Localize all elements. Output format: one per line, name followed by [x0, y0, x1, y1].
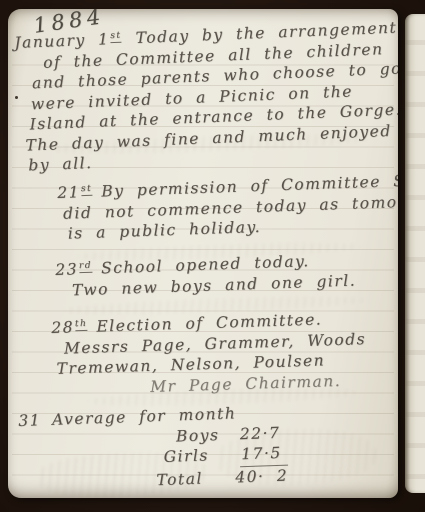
entry-28th: 28thElection of Committee. Messrs Page, … — [51, 308, 368, 400]
ordinal-suffix: st — [110, 31, 122, 43]
next-page-edge — [405, 14, 425, 493]
stat-value: 17·5 — [239, 443, 288, 467]
entry-date: 28th — [51, 318, 88, 337]
entry-31-averages: 31Average for month Boys 22·7 Girls 17·5… — [18, 402, 289, 495]
entry-january-1: January 1stToday by the arrangement of t… — [14, 18, 398, 177]
stat-label: Total — [156, 469, 203, 489]
logbook-photo: 1884 January 1stToday by the arrangement… — [0, 0, 425, 512]
next-page-texture — [405, 14, 425, 493]
ordinal-suffix: rd — [79, 261, 92, 273]
entry-date: 21st — [57, 183, 93, 202]
logbook-page: 1884 January 1stToday by the arrangement… — [8, 9, 398, 498]
entry-23rd: 23rdSchool opened today. Two new boys an… — [55, 250, 356, 301]
entry-date: 23rd — [55, 260, 92, 279]
ordinal-suffix: th — [75, 319, 88, 331]
stat-label: Boys — [176, 425, 220, 445]
stat-value: 40· 2 — [235, 465, 289, 487]
entry-date: January 1st — [14, 30, 122, 52]
entry-21st: 21stBy permission of Committee School di… — [57, 169, 398, 244]
stat-value: 22·7 — [239, 422, 280, 444]
stat-label: Girls — [163, 446, 209, 466]
ordinal-suffix: st — [81, 184, 93, 196]
entry-date: 31 — [18, 411, 41, 430]
